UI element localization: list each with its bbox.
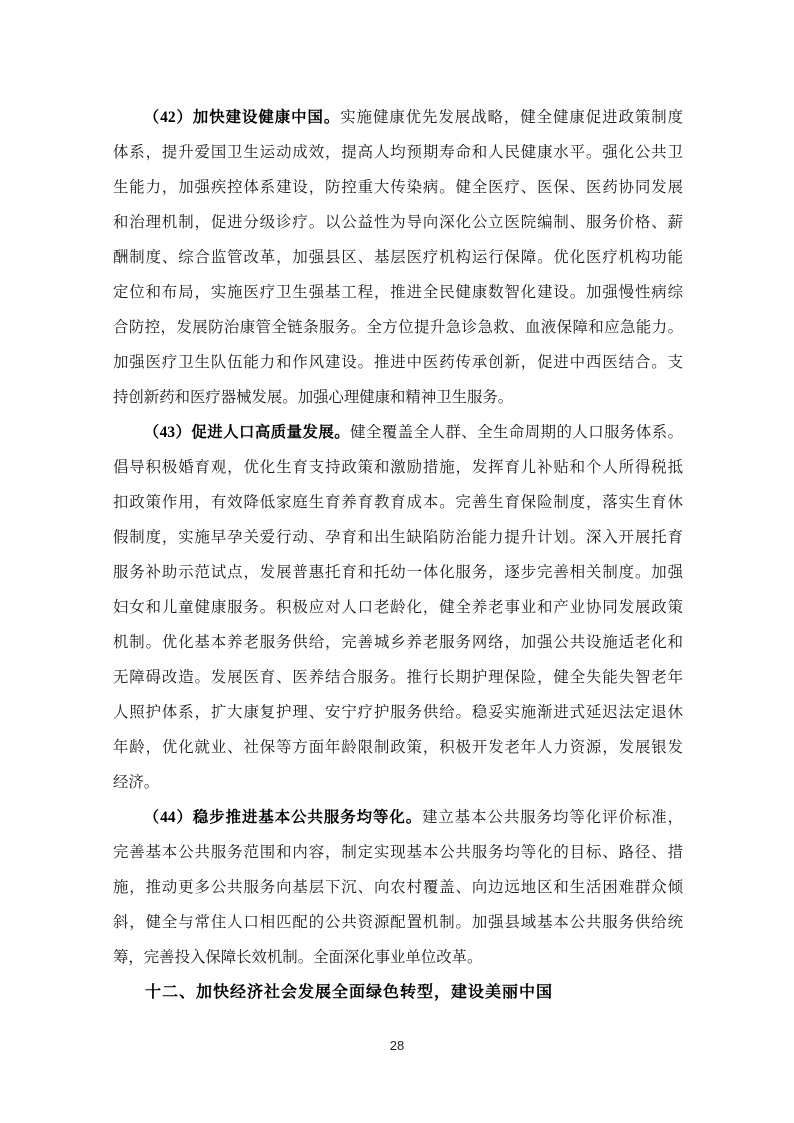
paragraph-line: 和治理机制，促进分级诊疗。以公益性为导向深化公立医院编制、服务价格、薪	[113, 205, 683, 240]
document-content: （42）加快建设健康中国。实施健康优先发展战略，健全健康促进政策制度体系，提升爱…	[113, 100, 683, 1010]
paragraph-line: 年龄，优化就业、社保等方面年龄限制政策，积极开发老年人力资源，发展银发	[113, 730, 683, 765]
paragraph-line: 经济。	[113, 765, 683, 800]
page-number: 28	[0, 1038, 794, 1053]
paragraph-line: 假制度，实施早孕关爱行动、孕育和出生缺陷防治能力提升计划。深入开展托育	[113, 520, 683, 555]
paragraph-line: 无障碍改造。发展医育、医养结合服务。推行长期护理保险，健全失能失智老年	[113, 660, 683, 695]
paragraph-first-line-text: 实施健康优先发展战略，健全健康促进政策制度	[340, 109, 683, 126]
paragraph-first-line: （43）促进人口高质量发展。健全覆盖全人群、全生命周期的人口服务体系。	[113, 415, 683, 450]
paragraph-lead-bold: （42）加快建设健康中国。	[144, 109, 340, 126]
paragraph-first-line: （44）稳步推进基本公共服务均等化。建立基本公共服务均等化评价标准，	[113, 800, 683, 835]
paragraph-line: 筹，完善投入保障长效机制。全面深化事业单位改革。	[113, 940, 683, 975]
paragraph: （44）稳步推进基本公共服务均等化。建立基本公共服务均等化评价标准，完善基本公共…	[113, 800, 683, 975]
paragraphs-container: （42）加快建设健康中国。实施健康优先发展战略，健全健康促进政策制度体系，提升爱…	[113, 100, 683, 975]
document-page: （42）加快建设健康中国。实施健康优先发展战略，健全健康促进政策制度体系，提升爱…	[0, 0, 794, 1123]
paragraph-line: 施，推动更多公共服务向基层下沉、向农村覆盖、向边远地区和生活困难群众倾	[113, 870, 683, 905]
paragraph-line: 扣政策作用，有效降低家庭生育养育教育成本。完善生育保险制度，落实生育休	[113, 485, 683, 520]
paragraph-line: 持创新药和医疗器械发展。加强心理健康和精神卫生服务。	[113, 380, 683, 415]
paragraph-line: 人照护体系，扩大康复护理、安宁疗护服务供给。稳妥实施渐进式延迟法定退休	[113, 695, 683, 730]
paragraph: （42）加快建设健康中国。实施健康优先发展战略，健全健康促进政策制度体系，提升爱…	[113, 100, 683, 415]
paragraph-line: 酬制度、综合监管改革，加强县区、基层医疗机构运行保障。优化医疗机构功能	[113, 240, 683, 275]
paragraph-first-line: （42）加快建设健康中国。实施健康优先发展战略，健全健康促进政策制度	[113, 100, 683, 135]
paragraph-lead-bold: （43）促进人口高质量发展。	[144, 424, 350, 441]
paragraph-first-line-text: 建立基本公共服务均等化评价标准，	[422, 809, 683, 826]
paragraph-line: 斜，健全与常住人口相匹配的公共资源配置机制。加强县域基本公共服务供给统	[113, 905, 683, 940]
section-heading: 十二、加快经济社会发展全面绿色转型，建设美丽中国	[113, 975, 683, 1010]
paragraph-line: 机制。优化基本养老服务供给，完善城乡养老服务网络，加强公共设施适老化和	[113, 625, 683, 660]
paragraph-first-line-text: 健全覆盖全人群、全生命周期的人口服务体系。	[350, 424, 683, 441]
paragraph-lead-bold: （44）稳步推进基本公共服务均等化。	[144, 809, 422, 826]
paragraph-line: 完善基本公共服务范围和内容，制定实现基本公共服务均等化的目标、路径、措	[113, 835, 683, 870]
paragraph-line: 生能力，加强疾控体系建设，防控重大传染病。健全医疗、医保、医药协同发展	[113, 170, 683, 205]
paragraph-line: 体系，提升爱国卫生运动成效，提高人均预期寿命和人民健康水平。强化公共卫	[113, 135, 683, 170]
paragraph-line: 服务补助示范试点，发展普惠托育和托幼一体化服务，逐步完善相关制度。加强	[113, 555, 683, 590]
paragraph-line: 妇女和儿童健康服务。积极应对人口老龄化，健全养老事业和产业协同发展政策	[113, 590, 683, 625]
paragraph-line: 合防控，发展防治康管全链条服务。全方位提升急诊急救、血液保障和应急能力。	[113, 310, 683, 345]
paragraph-line: 倡导积极婚育观，优化生育支持政策和激励措施，发挥育儿补贴和个人所得税抵	[113, 450, 683, 485]
paragraph-line: 定位和布局，实施医疗卫生强基工程，推进全民健康数智化建设。加强慢性病综	[113, 275, 683, 310]
paragraph-line: 加强医疗卫生队伍能力和作风建设。推进中医药传承创新，促进中西医结合。支	[113, 345, 683, 380]
paragraph: （43）促进人口高质量发展。健全覆盖全人群、全生命周期的人口服务体系。倡导积极婚…	[113, 415, 683, 800]
